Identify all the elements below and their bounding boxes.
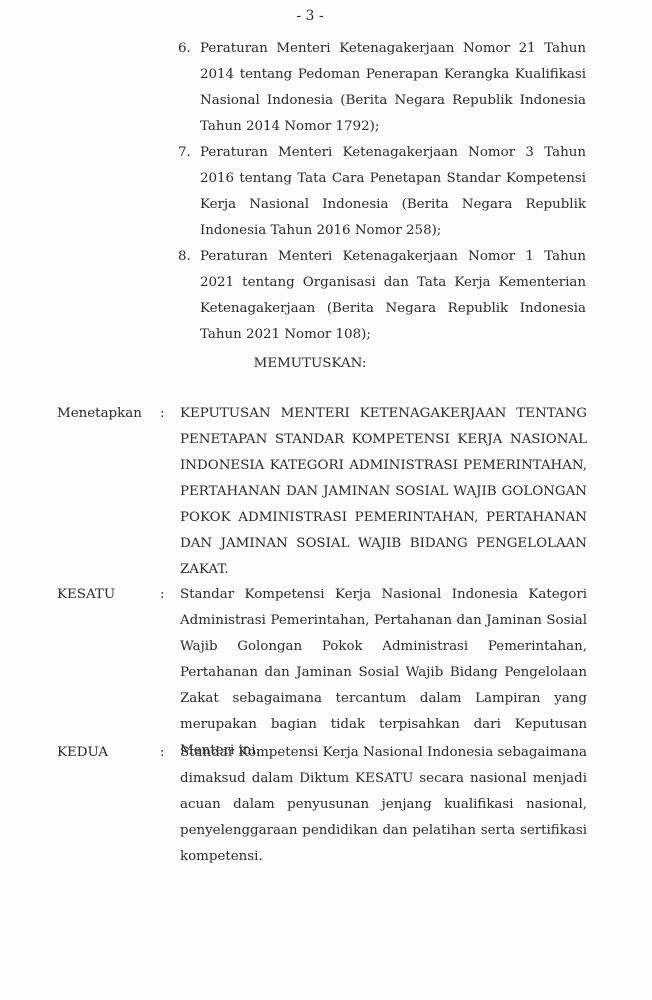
diktum-colon: : bbox=[160, 740, 180, 870]
list-item: 7. Peraturan Menteri Ketenagakerjaan Nom… bbox=[178, 140, 586, 244]
list-item: 6. Peraturan Menteri Ketenagakerjaan Nom… bbox=[178, 36, 586, 140]
decision-heading: MEMUTUSKAN: bbox=[0, 356, 620, 371]
list-item-number: 8. bbox=[178, 244, 200, 348]
list-item-number: 6. bbox=[178, 36, 200, 140]
considerations-list: 6. Peraturan Menteri Ketenagakerjaan Nom… bbox=[178, 36, 586, 348]
list-item-text: Peraturan Menteri Ketenagakerjaan Nomor … bbox=[200, 244, 586, 348]
list-item-number: 7. bbox=[178, 140, 200, 244]
diktum-text: Standar Kompetensi Kerja Nasional Indone… bbox=[180, 582, 587, 764]
diktum-menetapkan: Menetapkan : KEPUTUSAN MENTERI KETENAGAK… bbox=[57, 401, 587, 583]
diktum-label: KEDUA bbox=[57, 740, 160, 870]
list-item-text: Peraturan Menteri Ketenagakerjaan Nomor … bbox=[200, 140, 586, 244]
list-item-text: Peraturan Menteri Ketenagakerjaan Nomor … bbox=[200, 36, 586, 140]
diktum-text: Standar Kompetensi Kerja Nasional Indone… bbox=[180, 740, 587, 870]
list-item: 8. Peraturan Menteri Ketenagakerjaan Nom… bbox=[178, 244, 586, 348]
diktum-label: Menetapkan bbox=[57, 401, 160, 583]
page-number: - 3 - bbox=[0, 8, 620, 24]
diktum-colon: : bbox=[160, 401, 180, 583]
diktum-label: KESATU bbox=[57, 582, 160, 764]
diktum-kesatu: KESATU : Standar Kompetensi Kerja Nasion… bbox=[57, 582, 587, 764]
diktum-kedua: KEDUA : Standar Kompetensi Kerja Nasiona… bbox=[57, 740, 587, 870]
diktum-text: KEPUTUSAN MENTERI KETENAGAKERJAAN TENTAN… bbox=[180, 401, 587, 583]
diktum-colon: : bbox=[160, 582, 180, 764]
